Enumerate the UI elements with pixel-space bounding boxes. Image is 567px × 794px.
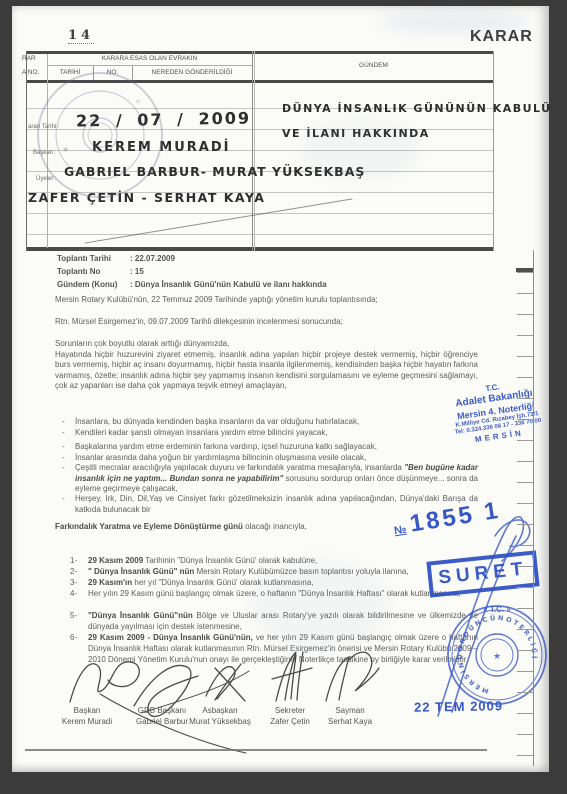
meeting-no-label: Toplantı No [57, 267, 100, 276]
decision-item-4: 4-Her yılın 29 Kasım günü başlangıç olma… [70, 588, 478, 599]
meeting-date-label: Toplantı Tarihi [57, 254, 111, 263]
handwritten-members-line1: GABRIEL BARBUR- MURAT YÜKSEKBAŞ [64, 164, 365, 179]
decision-item-1: 1-29 Kasım 2009 Tarihinin "Dünya İnsanlı… [70, 555, 478, 566]
paragraph-meeting: Mersin Rotary Kulübü'nün, 22 Temmuz 2009… [55, 295, 478, 306]
paragraph-intro: Sorunların çok boyutlu olarak arttığı dü… [55, 339, 478, 350]
meeting-no-value: : 15 [130, 267, 144, 276]
handwritten-agenda-line2: VE İLANI HAKKINDA [282, 127, 430, 140]
meeting-date-value: : 22.07.2009 [130, 254, 175, 263]
agenda-column-divider [252, 51, 253, 251]
page-bottom-rule [25, 749, 487, 751]
bullet-item: İnsanlara, bu dünyada kendinden başka in… [62, 417, 478, 428]
signatory-baskan: Başkan Kerem Muradi [47, 705, 127, 727]
table-header-border [26, 80, 493, 83]
paragraph-petition: Rtn. Mürsel Esirgemez'in, 09.07.2009 Tar… [55, 317, 478, 328]
decision-item-3: 3-29 Kasım'ın her yıl "Dünya İnsanlık Gü… [70, 577, 478, 588]
page-title: KARAR [470, 28, 533, 46]
right-margin-ticks [517, 252, 533, 764]
handwritten-members-line2: ZAFER ÇETİN - SERHAT KAYA [28, 190, 265, 205]
signatory-sayman: Sayman Serhat Kaya [310, 705, 390, 727]
agenda-topic-label: Gündem (Konu) [57, 280, 117, 289]
bullet-item-quote: Çeşitli mecralar aracılığıyla yapılacak … [62, 463, 478, 495]
paragraph-purpose: Hayatında hiçbir huzurevini ziyaret etme… [55, 350, 478, 392]
decision-item-2: 2-" Dünya İnsanlık Günü" nün Mersin Rota… [70, 566, 478, 577]
notary-date-stamp: 22 TEM 2009 [414, 698, 503, 715]
scanned-document: 14 KARAR RAR A NO. KARARA ESAS OLAN EVRA… [0, 0, 567, 794]
header-group-underline [47, 65, 252, 66]
bullet-item: Kendileri kadar şanslı olmayan insanlara… [62, 428, 478, 439]
agenda-topic-value: : Dünya İnsanlık Günü'nün Kabulü ve ilan… [130, 280, 327, 289]
page-number: 14 [68, 28, 94, 44]
table-top-border [26, 51, 493, 54]
table-left-edge [26, 51, 27, 251]
handwritten-agenda-line1: DÜNYA İNSANLIK GÜNÜNÜN KABULÜ [282, 102, 552, 115]
column-header-serial-2: A NO. [22, 69, 46, 76]
right-margin-dark-tick [516, 268, 533, 272]
bullet-item: İnsanlar arasında daha yoğun bir yardıml… [62, 453, 478, 464]
handwritten-decision-date: 22 / 07 / 2009 [76, 108, 251, 130]
bullet-item: Başkalarına yardım etme erdeminin farkın… [62, 442, 478, 453]
table-bottom-border [26, 247, 493, 251]
signatory-asbaskan: Asbaşkan Murat Yüksekbaş [180, 705, 260, 727]
column-header-agenda: GÜNDEM [254, 62, 493, 69]
column-header-date: TARİHİ [47, 69, 93, 76]
column-header-evrak-group: KARARA ESAS OLAN EVRAKIN [47, 55, 252, 62]
members-label: Üyeler : [36, 176, 57, 182]
handwritten-chairman-name: KEREM MURADİ [92, 140, 231, 155]
decision-item-5: 5-"Dünya İnsanlık Günü"nün Bölge ve Ulus… [70, 610, 478, 632]
decision-date-label: ararı Tarihi : [28, 124, 60, 130]
chairman-label: Başkan : [33, 150, 56, 156]
right-margin-line [533, 250, 534, 766]
agenda-column-divider-2 [254, 51, 255, 251]
table-right-edge [493, 51, 494, 251]
decision-item-6: 6-29 Kasım 2009 - Dünya İnsanlık Günü'nü… [70, 632, 478, 665]
column-header-serial-1: RAR [22, 55, 46, 62]
column-header-no: NO. [93, 69, 132, 76]
column-header-from: NEREDEN GÖNDERİLDİĞİ [132, 69, 252, 76]
